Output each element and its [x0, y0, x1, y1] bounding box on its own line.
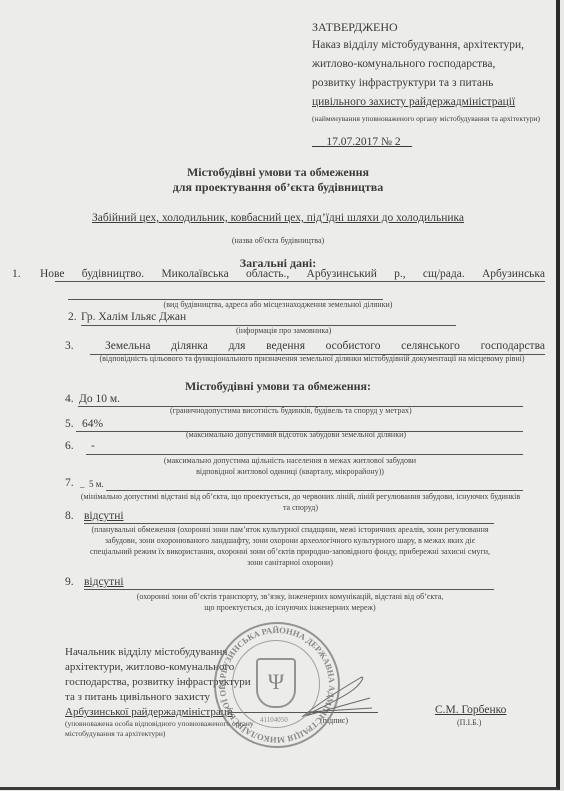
value-word: Земельна [105, 340, 151, 352]
item-number: 3. [65, 340, 74, 352]
item-1-hint: (вид будівництва, адреса або місцезнаход… [0, 300, 556, 309]
position-line: Арбузинської райдержадміністрації [65, 706, 233, 718]
approval-line: житлово-комунального господарства, [312, 58, 495, 70]
value-word: для [229, 340, 246, 352]
item-number: 4. [65, 393, 74, 405]
value-word: р., [394, 268, 406, 280]
item-7-value: _ 5 м. [80, 479, 104, 489]
item-1-value: Новебудівництво.Миколаївськаобласть.,Арб… [40, 268, 545, 280]
position-line: архітектури, житлово-комунального [65, 661, 234, 673]
value-word: Арбузинська [482, 268, 545, 280]
object-name-hint: (назва об'єкта будівництва) [0, 236, 556, 245]
item-5-value: 64% [82, 418, 103, 430]
item-8-hint: (планувальні обмеження (охоронні зони па… [85, 524, 495, 568]
name-hint: (П.І.Б.) [457, 718, 481, 727]
official-stamp: АРБУЗИНСЬКА РАЙОННА ДЕРЖАВНА АДМІНІСТРАЦ… [214, 622, 340, 748]
signatory-name: С.М. Горбенко [435, 704, 506, 716]
value-word: особистого [326, 340, 381, 352]
document-title-line1: Містобудівні умови та обмеження [0, 165, 556, 180]
item-4-hint: (граничнодопустима висотність будинків, … [170, 406, 412, 415]
item-9-value: відсутні [84, 576, 124, 588]
item-3-value: Земельнаділянкадляведенняособистогоселян… [105, 340, 545, 352]
item-number: 9. [65, 576, 74, 588]
item-2-value: Гр. Халім Ільяс Джан [81, 311, 186, 323]
item-6-hint: (максимально допустима щільність населен… [155, 455, 425, 477]
item-number: 5. [65, 418, 74, 430]
approval-date-number: 17.07.2017 № 2 [312, 136, 412, 148]
document-title-line2: для проектування об’єкта будівництва [0, 180, 556, 195]
item-number: 6. [65, 440, 74, 452]
item-5-hint: (максимально допустимий відсоток забудов… [186, 430, 406, 439]
value-word: ведення [266, 340, 305, 352]
item-number: 8. [65, 510, 74, 522]
item-6-value: - [91, 440, 95, 452]
object-name: Забійний цех, холодильник, ковбасний цех… [0, 212, 556, 224]
stamp-code: 41104050 [260, 716, 288, 724]
value-word: сщ/рада. [423, 268, 465, 280]
item-number: 1. [12, 268, 21, 280]
approval-heading: ЗАТВЕРДЖЕНО [312, 20, 398, 35]
document-page: ЗАТВЕРДЖЕНО Наказ відділу містобудування… [0, 0, 560, 790]
approval-hint: (найменування уповноваженого органу міст… [312, 114, 542, 124]
approval-line: цивільного захисту райдержадміністрації [312, 96, 515, 108]
value-word: будівництво. [82, 268, 144, 280]
approval-line: Наказ відділу містобудування, архітектур… [312, 39, 524, 51]
position-line: Начальник відділу містобудування [65, 646, 227, 658]
value-word: Миколаївська [161, 268, 228, 280]
item-4-value: До 10 м. [79, 393, 120, 405]
item-3-hint: (відповідність цільового та функціональн… [92, 354, 532, 364]
position-line: та з питань цивільного захисту [65, 691, 210, 703]
value-word: Арбузинський [307, 268, 377, 280]
value-word: господарства [481, 340, 545, 352]
item-number: 2. [68, 311, 77, 323]
item-2-hint: (інформація про замовника) [236, 326, 331, 335]
item-8-value: відсутні [84, 510, 124, 522]
value-word: ділянка [171, 340, 208, 352]
item-number: 7. [65, 477, 74, 489]
value-word: селянського [401, 340, 460, 352]
conditions-heading: Містобудівні умови та обмеження: [0, 379, 556, 394]
approval-line: розвитку інфраструктури та з питань [312, 77, 493, 89]
trident-emblem-icon: Ψ [256, 658, 296, 708]
value-word: Нове [40, 268, 65, 280]
item-7-hint: (мінімально допустимі відстані від об’єк… [78, 491, 523, 513]
value-word: область., [246, 268, 289, 280]
item-9-hint: (охоронні зони об’єктів транспорту, зв’я… [135, 591, 445, 613]
